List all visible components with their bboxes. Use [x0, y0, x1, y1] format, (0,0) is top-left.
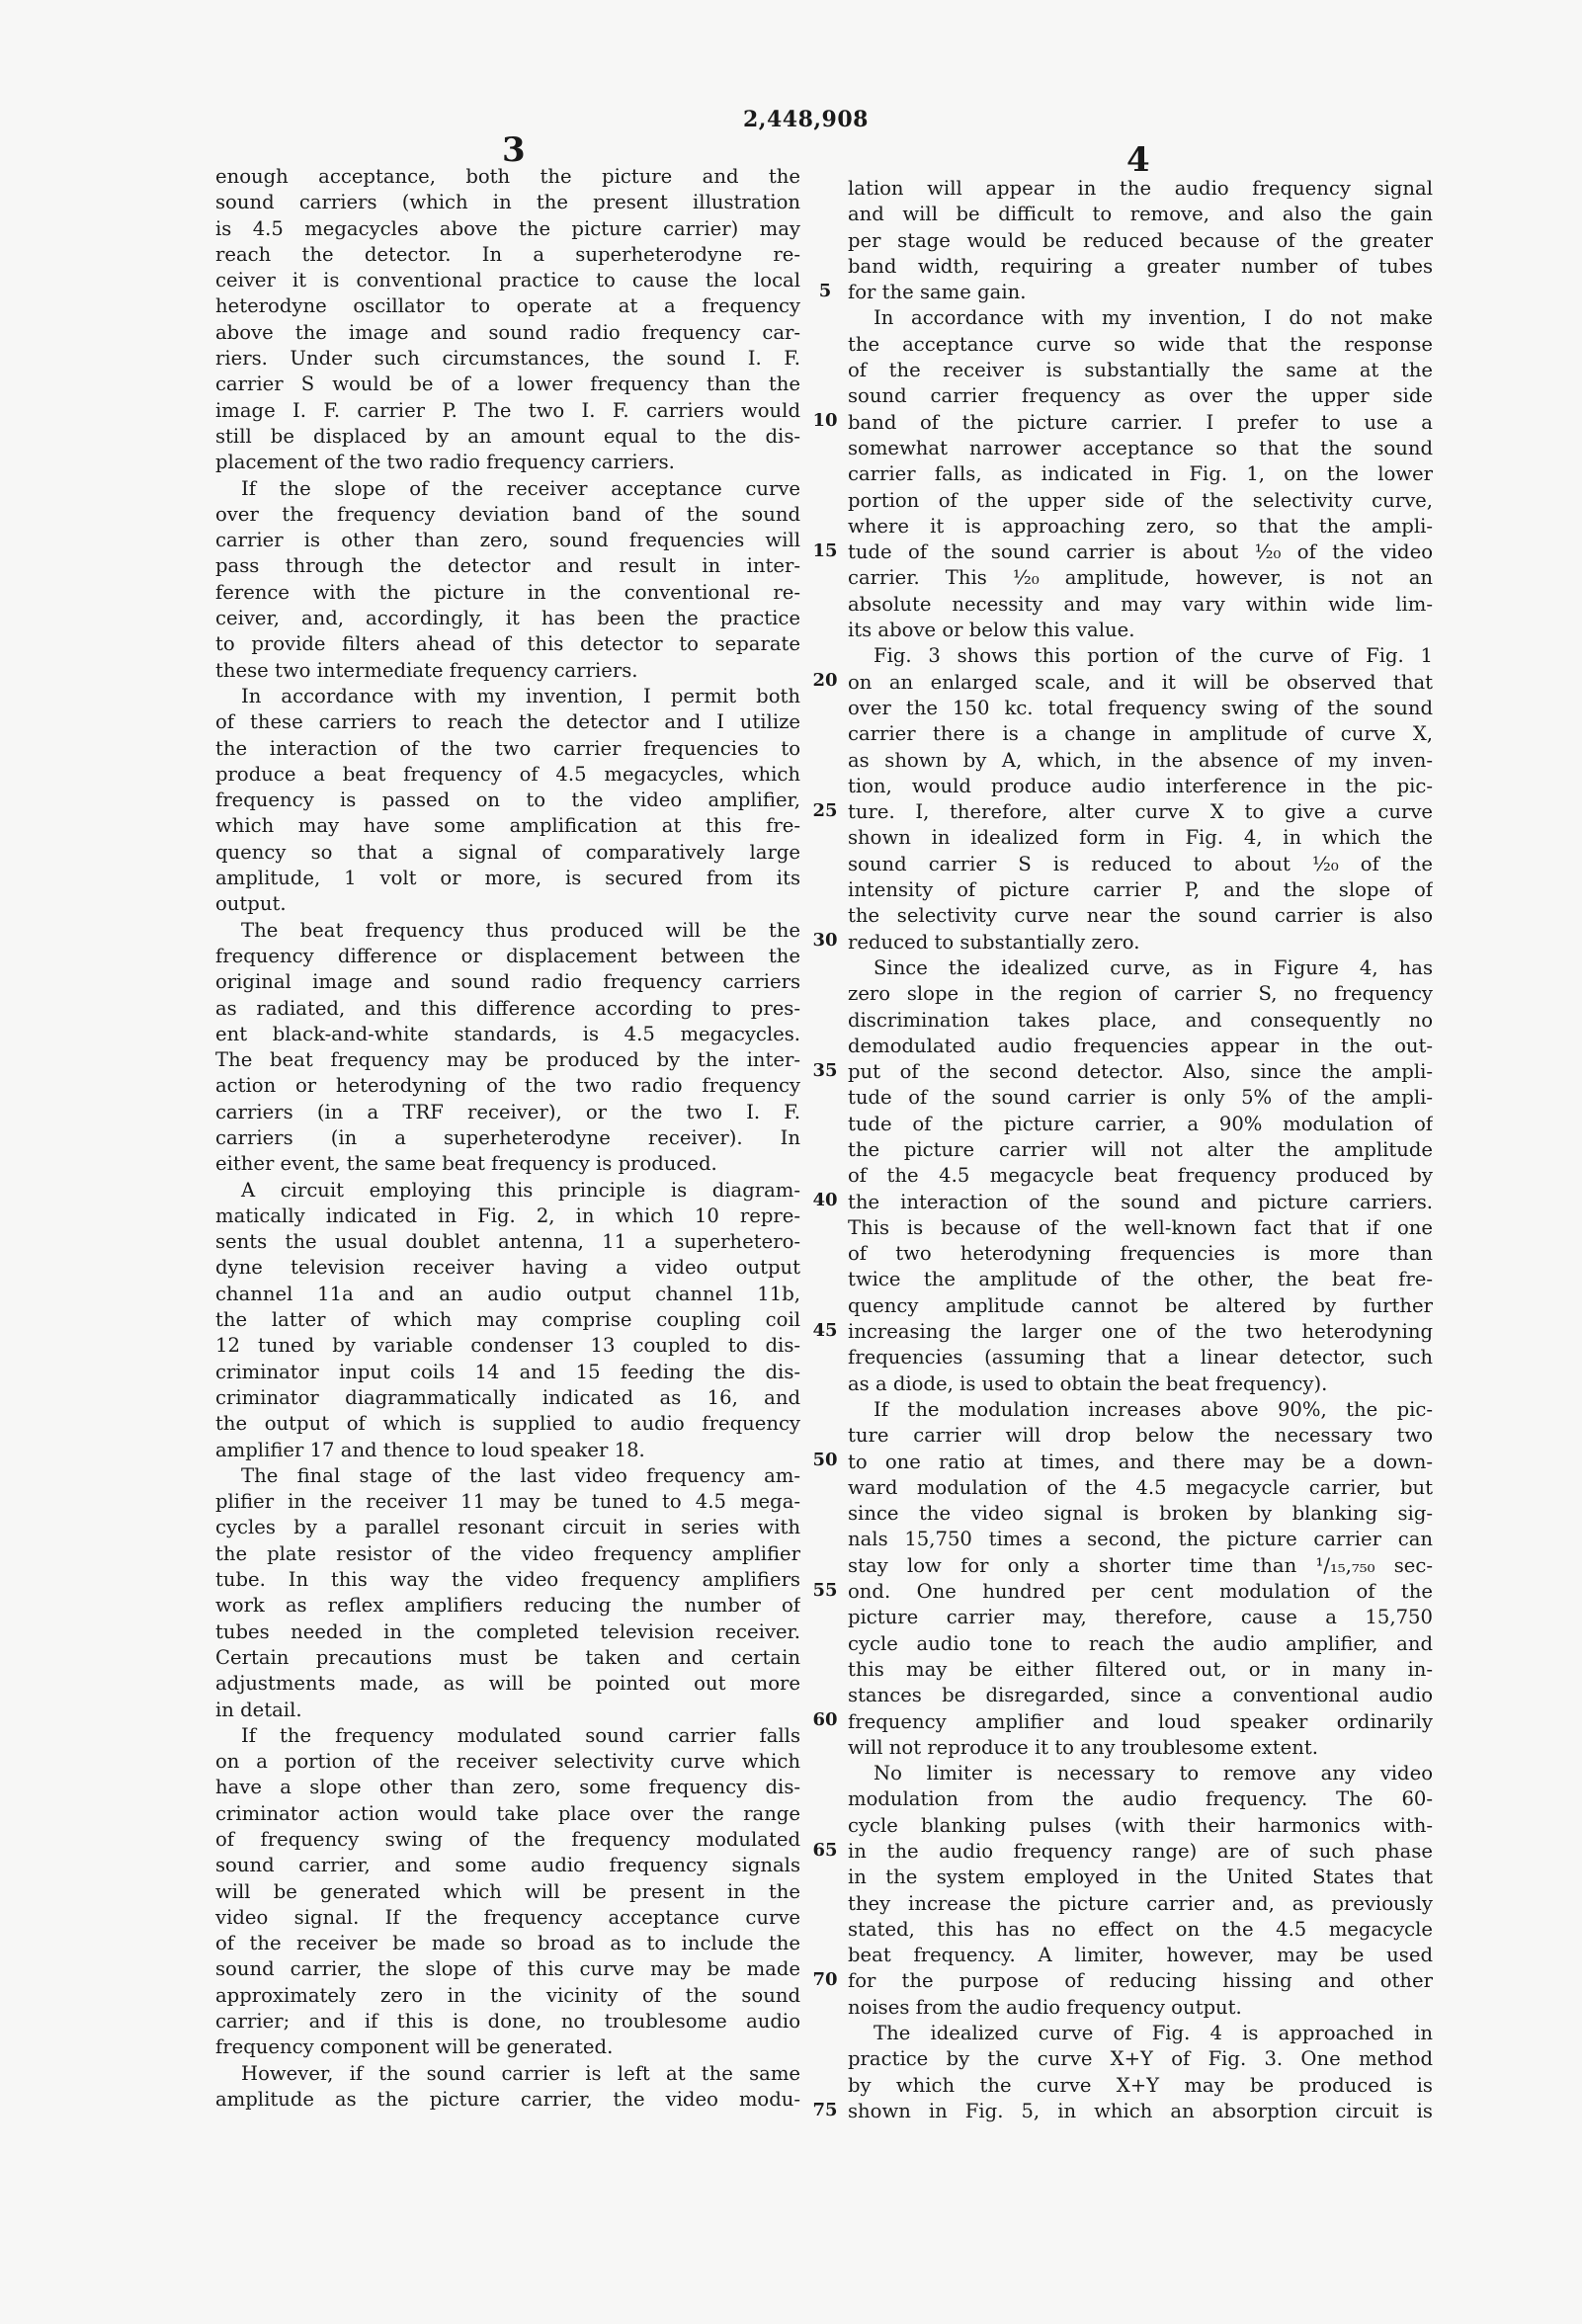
text-line: intensity of picture carrier P, and the …	[848, 877, 1433, 903]
text-line: In accordance with my invention, I permi…	[215, 684, 800, 709]
text-line: and will be difficult to remove, and als…	[848, 202, 1433, 227]
text-line: sound carrier S is reduced to about ¹⁄₂₀…	[848, 852, 1433, 877]
text-line: of frequency swing of the frequency modu…	[215, 1827, 800, 1853]
text-line: ture carrier will drop below the necessa…	[848, 1423, 1433, 1449]
text-line: ent black-and-white standards, is 4.5 me…	[215, 1022, 800, 1047]
text-line: approximately zero in the vicinity of th…	[215, 1983, 800, 2009]
text-line: either event, the same beat frequency is…	[215, 1151, 800, 1177]
text-line: somewhat narrower acceptance so that the…	[848, 436, 1433, 461]
text-line: output.	[215, 891, 800, 917]
text-line: of the receiver be made so broad as to i…	[215, 1931, 800, 1956]
text-line: over the 150 kc. total frequency swing o…	[848, 696, 1433, 721]
text-line: criminator input coils 14 and 15 feeding…	[215, 1360, 800, 1385]
text-line: on an enlarged scale, and it will be obs…	[848, 670, 1433, 696]
line-number: 60	[808, 1709, 842, 1730]
text-line: in detail.	[215, 1698, 800, 1723]
text-line: placement of the two radio frequency car…	[215, 450, 800, 475]
text-line: which may have some amplification at thi…	[215, 813, 800, 839]
text-line: carrier falls, as indicated in Fig. 1, o…	[848, 461, 1433, 487]
line-number: 45	[808, 1320, 842, 1341]
text-line: adjustments made, as will be pointed out…	[215, 1671, 800, 1697]
text-line: No limiter is necessary to remove any vi…	[848, 1761, 1433, 1786]
text-line: since the video signal is broken by blan…	[848, 1501, 1433, 1527]
text-line: portion of the upper side of the selecti…	[848, 488, 1433, 514]
line-number: 75	[808, 2100, 842, 2120]
text-line: is 4.5 megacycles above the picture carr…	[215, 216, 800, 242]
text-line: This is because of the well-known fact t…	[848, 1215, 1433, 1241]
text-line: tube. In this way the video frequency am…	[215, 1567, 800, 1593]
text-line: image I. F. carrier P. The two I. F. car…	[215, 398, 800, 424]
line-number: 70	[808, 1969, 842, 1990]
text-line: amplitude, 1 volt or more, is secured fr…	[215, 866, 800, 891]
patent-number: 2,448,908	[743, 107, 869, 132]
text-line: of two heterodyning frequencies is more …	[848, 1241, 1433, 1267]
text-line: In accordance with my invention, I do no…	[848, 305, 1433, 331]
text-line: heterodyne oscillator to operate at a fr…	[215, 293, 800, 319]
text-line: in the audio frequency range) are of suc…	[848, 1839, 1433, 1865]
text-line: the selectivity curve near the sound car…	[848, 903, 1433, 929]
text-line: 12 tuned by variable condenser 13 couple…	[215, 1333, 800, 1359]
text-line: ond. One hundred per cent modulation of …	[848, 1579, 1433, 1605]
text-line: put of the second detector. Also, since …	[848, 1059, 1433, 1085]
text-line: video signal. If the frequency acceptanc…	[215, 1905, 800, 1931]
line-number: 40	[808, 1190, 842, 1210]
text-line: to one ratio at times, and there may be …	[848, 1450, 1433, 1475]
text-line: carrier; and if this is done, no trouble…	[215, 2009, 800, 2034]
text-line: quency so that a signal of comparatively…	[215, 840, 800, 866]
text-line: action or heterodyning of the two radio …	[215, 1073, 800, 1099]
text-line: The final stage of the last video freque…	[215, 1463, 800, 1489]
text-line: riers. Under such circumstances, the sou…	[215, 346, 800, 372]
text-line: pass through the detector and result in …	[215, 553, 800, 579]
text-line: have a slope other than zero, some frequ…	[215, 1775, 800, 1800]
text-line: the interaction of the sound and picture…	[848, 1190, 1433, 1215]
text-line: demodulated audio frequencies appear in …	[848, 1034, 1433, 1059]
line-number: 10	[808, 410, 842, 431]
line-number: 65	[808, 1840, 842, 1861]
text-line: cycle blanking pulses (with their harmon…	[848, 1813, 1433, 1839]
text-line: The idealized curve of Fig. 4 is approac…	[848, 2021, 1433, 2046]
text-line: per stage would be reduced because of th…	[848, 228, 1433, 254]
text-line: as shown by A, which, in the absence of …	[848, 748, 1433, 774]
text-line: for the same gain.	[848, 280, 1433, 305]
text-line: However, if the sound carrier is left at…	[215, 2061, 800, 2087]
text-line: plifier in the receiver 11 may be tuned …	[215, 1489, 800, 1515]
text-line: amplifier 17 and thence to loud speaker …	[215, 1438, 800, 1463]
text-line: above the image and sound radio frequenc…	[215, 320, 800, 346]
text-line: frequencies (assuming that a linear dete…	[848, 1345, 1433, 1370]
text-line: enough acceptance, both the picture and …	[215, 164, 800, 190]
text-line: of these carriers to reach the detector …	[215, 709, 800, 735]
text-line: frequency is passed on to the video ampl…	[215, 788, 800, 813]
line-number: 50	[808, 1450, 842, 1470]
text-line: tude of the sound carrier is only 5% of …	[848, 1085, 1433, 1111]
text-line: cycle audio tone to reach the audio ampl…	[848, 1631, 1433, 1657]
text-line: to provide filters ahead of this detecto…	[215, 631, 800, 657]
text-line: band of the picture carrier. I prefer to…	[848, 410, 1433, 436]
text-line: discrimination takes place, and conseque…	[848, 1008, 1433, 1034]
column-number-right: 4	[1126, 140, 1150, 180]
text-line: channel 11a and an audio output channel …	[215, 1282, 800, 1307]
text-line: stated, this has no effect on the 4.5 me…	[848, 1917, 1433, 1943]
text-line: carrier is other than zero, sound freque…	[215, 528, 800, 553]
text-line: nals 15,750 times a second, the picture …	[848, 1527, 1433, 1552]
text-line: criminator action would take place over …	[215, 1801, 800, 1827]
text-line: of the 4.5 megacycle beat frequency prod…	[848, 1163, 1433, 1189]
line-number: 5	[808, 281, 842, 301]
line-number: 35	[808, 1060, 842, 1081]
text-line: tude of the sound carrier is about ¹⁄₂₀ …	[848, 539, 1433, 565]
text-line: zero slope in the region of carrier S, n…	[848, 981, 1433, 1007]
text-line: tion, would produce audio interference i…	[848, 774, 1433, 799]
text-line: beat frequency. A limiter, however, may …	[848, 1943, 1433, 1968]
text-line: work as reflex amplifiers reducing the n…	[215, 1593, 800, 1618]
text-line: reduced to substantially zero.	[848, 930, 1433, 955]
text-line: A circuit employing this principle is di…	[215, 1178, 800, 1203]
line-number: 20	[808, 670, 842, 691]
text-line: produce a beat frequency of 4.5 megacycl…	[215, 762, 800, 788]
text-line: practice by the curve X+Y of Fig. 3. One…	[848, 2046, 1433, 2072]
text-line: ceiver, and, accordingly, it has been th…	[215, 606, 800, 631]
text-line: carrier. This ¹⁄₂₀ amplitude, however, i…	[848, 565, 1433, 591]
text-line: over the frequency deviation band of the…	[215, 502, 800, 528]
text-line: band width, requiring a greater number o…	[848, 254, 1433, 280]
text-line: frequency difference or displacement bet…	[215, 944, 800, 969]
text-line: matically indicated in Fig. 2, in which …	[215, 1203, 800, 1229]
text-line: its above or below this value.	[848, 618, 1433, 643]
text-line: as radiated, and this difference accordi…	[215, 996, 800, 1022]
text-line: this may be either filtered out, or in m…	[848, 1657, 1433, 1683]
text-line: The beat frequency may be produced by th…	[215, 1047, 800, 1073]
text-line: original image and sound radio frequency…	[215, 969, 800, 995]
text-line: sound carrier, and some audio frequency …	[215, 1853, 800, 1878]
left-text-column: enough acceptance, both the picture and …	[215, 164, 800, 2113]
text-line: frequency component will be generated.	[215, 2034, 800, 2060]
text-line: Fig. 3 shows this portion of the curve o…	[848, 643, 1433, 669]
line-number: 55	[808, 1580, 842, 1601]
line-number: 25	[808, 800, 842, 821]
line-number: 15	[808, 540, 842, 561]
text-line: cycles by a parallel resonant circuit in…	[215, 1515, 800, 1540]
text-line: amplitude as the picture carrier, the vi…	[215, 2087, 800, 2113]
text-line: the interaction of the two carrier frequ…	[215, 736, 800, 762]
text-line: the picture carrier will not alter the a…	[848, 1137, 1433, 1163]
text-line: If the frequency modulated sound carrier…	[215, 1723, 800, 1749]
text-line: shown in Fig. 5, in which an absorption …	[848, 2099, 1433, 2124]
text-line: they increase the picture carrier and, a…	[848, 1891, 1433, 1917]
text-line: increasing the larger one of the two het…	[848, 1319, 1433, 1345]
text-line: stay low for only a shorter time than ¹/…	[848, 1553, 1433, 1579]
text-line: Since the idealized curve, as in Figure …	[848, 955, 1433, 981]
text-line: twice the amplitude of the other, the be…	[848, 1267, 1433, 1292]
text-line: ceiver it is conventional practice to ca…	[215, 268, 800, 293]
right-text-column: lation will appear in the audio frequenc…	[848, 176, 1433, 2124]
text-line: lation will appear in the audio frequenc…	[848, 176, 1433, 202]
text-line: carriers (in a TRF receiver), or the two…	[215, 1100, 800, 1125]
text-line: quency amplitude cannot be altered by fu…	[848, 1293, 1433, 1319]
text-line: stances be disregarded, since a conventi…	[848, 1683, 1433, 1708]
text-line: for the purpose of reducing hissing and …	[848, 1968, 1433, 1994]
text-line: tude of the picture carrier, a 90% modul…	[848, 1112, 1433, 1137]
text-line: sound carrier, the slope of this curve m…	[215, 1956, 800, 1982]
text-line: carriers (in a superheterodyne receiver)…	[215, 1125, 800, 1151]
text-line: where it is approaching zero, so that th…	[848, 514, 1433, 539]
text-line: sents the usual doublet antenna, 11 a su…	[215, 1229, 800, 1255]
text-line: ture. I, therefore, alter curve X to giv…	[848, 799, 1433, 825]
text-line: ward modulation of the 4.5 megacycle car…	[848, 1475, 1433, 1501]
text-line: picture carrier may, therefore, cause a …	[848, 1605, 1433, 1630]
text-line: the latter of which may comprise couplin…	[215, 1307, 800, 1333]
text-line: the output of which is supplied to audio…	[215, 1411, 800, 1437]
text-line: of the receiver is substantially the sam…	[848, 358, 1433, 383]
text-line: carrier there is a change in amplitude o…	[848, 721, 1433, 747]
text-line: absolute necessity and may vary within w…	[848, 592, 1433, 618]
text-line: noises from the audio frequency output.	[848, 1995, 1433, 2021]
text-line: the acceptance curve so wide that the re…	[848, 332, 1433, 358]
text-line: modulation from the audio frequency. The…	[848, 1786, 1433, 1812]
line-number: 30	[808, 930, 842, 951]
text-line: If the modulation increases above 90%, t…	[848, 1397, 1433, 1423]
text-line: Certain precautions must be taken and ce…	[215, 1645, 800, 1671]
text-line: sound carrier frequency as over the uppe…	[848, 383, 1433, 409]
text-line: criminator diagrammatically indicated as…	[215, 1385, 800, 1411]
text-line: as a diode, is used to obtain the beat f…	[848, 1371, 1433, 1397]
text-line: reach the detector. In a superheterodyne…	[215, 242, 800, 268]
text-line: dyne television receiver having a video …	[215, 1255, 800, 1281]
text-line: these two intermediate frequency carrier…	[215, 658, 800, 684]
text-line: sound carriers (which in the present ill…	[215, 190, 800, 215]
text-line: by which the curve X+Y may be produced i…	[848, 2073, 1433, 2099]
text-line: will be generated which will be present …	[215, 1879, 800, 1905]
text-line: carrier S would be of a lower frequency …	[215, 372, 800, 397]
text-line: ference with the picture in the conventi…	[215, 580, 800, 606]
text-line: still be displaced by an amount equal to…	[215, 424, 800, 450]
text-line: If the slope of the receiver acceptance …	[215, 476, 800, 502]
text-line: shown in idealized form in Fig. 4, in wh…	[848, 825, 1433, 851]
text-line: tubes needed in the completed television…	[215, 1619, 800, 1645]
text-line: The beat frequency thus produced will be…	[215, 918, 800, 944]
text-line: the plate resistor of the video frequenc…	[215, 1541, 800, 1567]
text-line: in the system employed in the United Sta…	[848, 1865, 1433, 1890]
text-line: will not reproduce it to any troublesome…	[848, 1735, 1433, 1761]
text-line: frequency amplifier and loud speaker ord…	[848, 1709, 1433, 1735]
text-line: on a portion of the receiver selectivity…	[215, 1749, 800, 1775]
